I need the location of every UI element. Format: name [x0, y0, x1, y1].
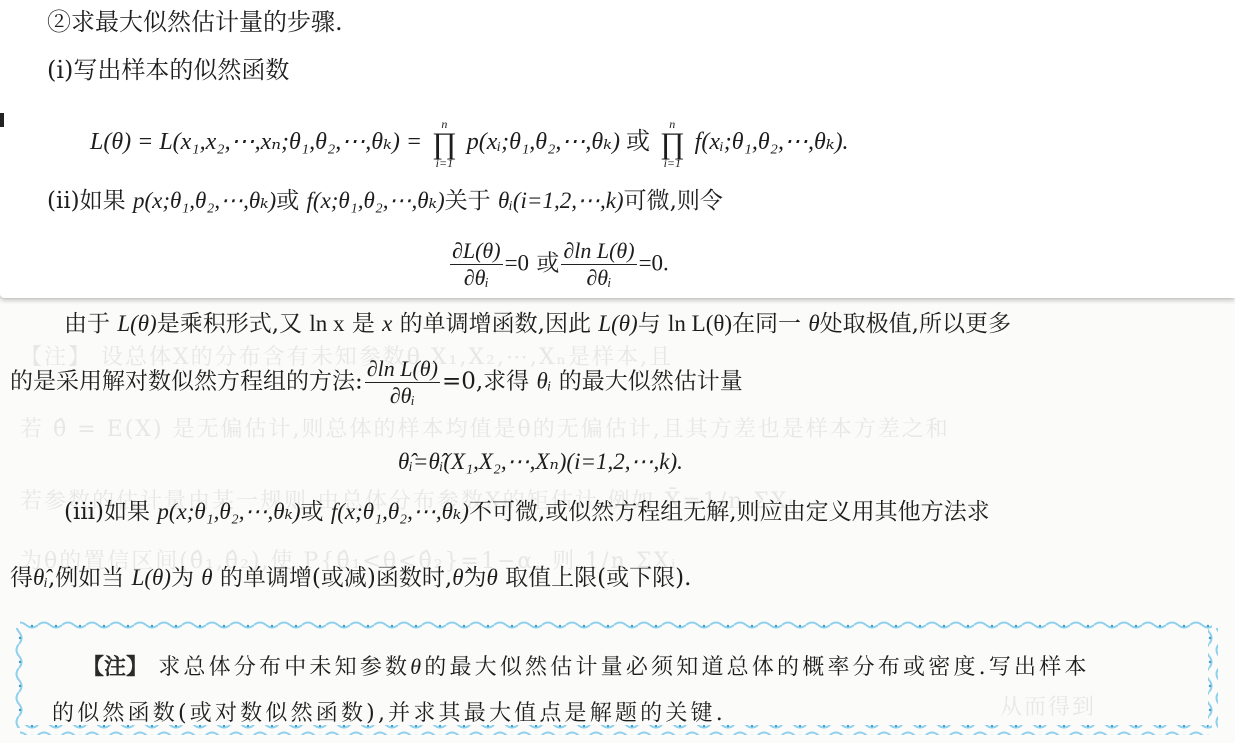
text: 是: [352, 311, 375, 337]
text: 得: [10, 565, 33, 591]
text: 的单调增函数,因此: [400, 311, 591, 337]
fraction-denominator: ∂θᵢ: [586, 265, 611, 289]
fraction-numerator: ∂ln L(θ): [365, 358, 440, 383]
estimator-formula: θ̂ᵢ=θ̂ᵢ(X₁,X₂,⋯,Xₙ)(i=1,2,⋯,k).: [398, 450, 683, 473]
step-2-about: 关于: [445, 188, 491, 214]
math: θᵢ: [536, 369, 551, 394]
fraction-dL: ∂L(θ) ∂θᵢ: [450, 240, 503, 289]
text: 的单调增(或减)函数时,: [220, 565, 452, 591]
step-2-suffix: 可微,则令: [624, 188, 723, 214]
math: L(θ): [117, 311, 156, 336]
fraction-denominator: ∂θᵢ: [390, 383, 415, 407]
fraction-dlnL: ∂ln L(θ) ∂θᵢ: [561, 240, 636, 289]
step-2-p: p(x;θ₁,θ₂,⋯,θₖ): [133, 188, 276, 213]
estimator-text: θ̂ᵢ=θ̂ᵢ(X₁,X₂,⋯,Xₙ)(i=1,2,⋯,k).: [398, 449, 683, 474]
math: ln x: [309, 311, 344, 336]
fraction-numerator: ∂L(θ): [450, 240, 503, 265]
math: p(x;θ₁,θ₂,⋯,θₖ): [157, 499, 300, 524]
derivative-equations: ∂L(θ) ∂θᵢ =0 或 ∂ln L(θ) ∂θᵢ =0.: [448, 240, 669, 289]
fraction-denominator: ∂θᵢ: [464, 265, 489, 289]
math: θ̂ᵢ: [33, 565, 48, 590]
step-2-prefix: (ii)如果: [47, 188, 126, 214]
step-3-line-1: (iii)如果 p(x;θ₁,θ₂,⋯,θₖ)或 f(x;θ₁,θ₂,⋯,θₖ)…: [64, 500, 990, 524]
section-heading: ②求最大似然估计量的步骤.: [47, 10, 343, 34]
text: 的是采用解对数似然方程组的方法:: [10, 369, 363, 395]
math: L(θ): [598, 311, 637, 336]
text: ,例如当: [48, 565, 124, 591]
math: ln L(θ): [668, 311, 732, 336]
note-box: 【注】 求总体分布中未知参数θ的最大似然估计量必须知道总体的概率分布或密度.写出…: [14, 620, 1218, 735]
math: θ: [410, 654, 424, 679]
text: 取值上限(或下限).: [505, 565, 691, 591]
product-symbol: n ∏ i=1: [432, 118, 457, 169]
text: 为: [171, 565, 194, 591]
text: 为: [464, 565, 487, 591]
paragraph-2: 的是采用解对数似然方程组的方法: ∂ln L(θ) ∂θᵢ =0,求得 θᵢ 的…: [10, 358, 743, 407]
note-tag: 【注】: [82, 654, 148, 680]
step-2-or: 或: [276, 188, 299, 214]
math: θ: [201, 565, 212, 590]
step-1-text: (i)写出样本的似然函数: [47, 56, 289, 84]
text: (iii)如果: [64, 499, 150, 525]
step-3-line-2: 得θ̂ᵢ,例如当 L(θ)为 θ 的单调增(或减)函数时,θ̂为θ 取值上限(或…: [10, 566, 691, 590]
text: 的最大似然估计量必须知道总体的概率分布或密度.写出样本: [424, 655, 1089, 680]
fraction-dlnL: ∂ln L(θ) ∂θᵢ: [365, 358, 440, 407]
note-line-2: 的似然函数(或对数似然函数),并求其最大值点是解题的关键.: [52, 696, 726, 727]
likelihood-term-p: p(xᵢ;θ₁,θ₂,⋯,θₖ): [467, 129, 620, 155]
step-2-line: (ii)如果 p(x;θ₁,θ₂,⋯,θₖ)或 f(x;θ₁,θ₂,⋯,θₖ)关…: [47, 189, 723, 213]
edge-mark: [0, 113, 4, 127]
paragraph-1: 由于 L(θ)是乘积形式,又 ln x 是 x 的单调增函数,因此 L(θ)与 …: [64, 312, 1011, 336]
step-2-theta: θᵢ(i=1,2,⋯,k): [498, 188, 624, 213]
text: 的似然函数(或对数似然函数),并求其最大值点是解题的关键.: [52, 701, 726, 726]
equals-zero-end: =0.: [639, 251, 669, 276]
text: 是乘积形式,又: [157, 311, 302, 337]
math: θ̂: [452, 565, 463, 590]
product-lower: i=1: [664, 157, 681, 169]
text: 不可微,或似然方程组无解,则应由定义用其他方法求: [469, 499, 990, 525]
text: 的最大似然估计量: [559, 369, 743, 395]
note-line-1: 【注】 求总体分布中未知参数θ的最大似然估计量必须知道总体的概率分布或密度.写出…: [82, 650, 1090, 681]
product-lower: i=1: [436, 157, 453, 169]
text: 或: [301, 499, 324, 525]
likelihood-lhs: L(θ) = L(x₁,x₂,⋯,xₙ;θ₁,θ₂,⋯,θₖ) =: [90, 129, 422, 155]
step-2-f: f(x;θ₁,θ₂,⋯,θₖ): [307, 188, 445, 213]
text: 求总体分布中未知参数: [158, 655, 410, 680]
text: 由于: [64, 311, 110, 337]
math: f(x;θ₁,θ₂,⋯,θₖ): [331, 499, 469, 524]
scanned-page: 1. 基本概念 设X是总体,X₁,X₂,⋯,Xₙ是来自总体X的样本,x₁,x₂,…: [0, 0, 1235, 743]
text: =0,求得: [442, 369, 529, 395]
bleed-through-text: 若 θ̂ = E(X) 是无偏估计,则总体的样本均值是θ的无偏估计,且其方差也是…: [20, 412, 950, 443]
math: θ: [808, 311, 819, 336]
text: 在同一: [732, 311, 801, 337]
math: L(θ): [132, 565, 171, 590]
fraction-numerator: ∂ln L(θ): [561, 240, 636, 265]
likelihood-formula: L(θ) = L(x₁,x₂,⋯,xₙ;θ₁,θ₂,⋯,θₖ) = n ∏ i=…: [90, 118, 849, 169]
highlight-card: ②求最大似然估计量的步骤. (i)写出样本的似然函数 L(θ) = L(x₁,x…: [0, 0, 1235, 298]
product-symbol: n ∏ i=1: [660, 118, 685, 169]
likelihood-term-f: f(xᵢ;θ₁,θ₂,⋯,θₖ).: [695, 129, 849, 155]
or-word: 或: [626, 127, 650, 155]
or-word: 或: [536, 251, 559, 277]
math: x: [382, 311, 392, 336]
text: 与: [638, 311, 661, 337]
step-1-label: (i)写出样本的似然函数: [47, 58, 289, 82]
math: θ: [487, 565, 498, 590]
text: 处取极值,所以更多: [820, 311, 1011, 337]
heading-text: ②求最大似然估计量的步骤.: [47, 8, 343, 36]
equals-zero: =0: [505, 251, 529, 276]
